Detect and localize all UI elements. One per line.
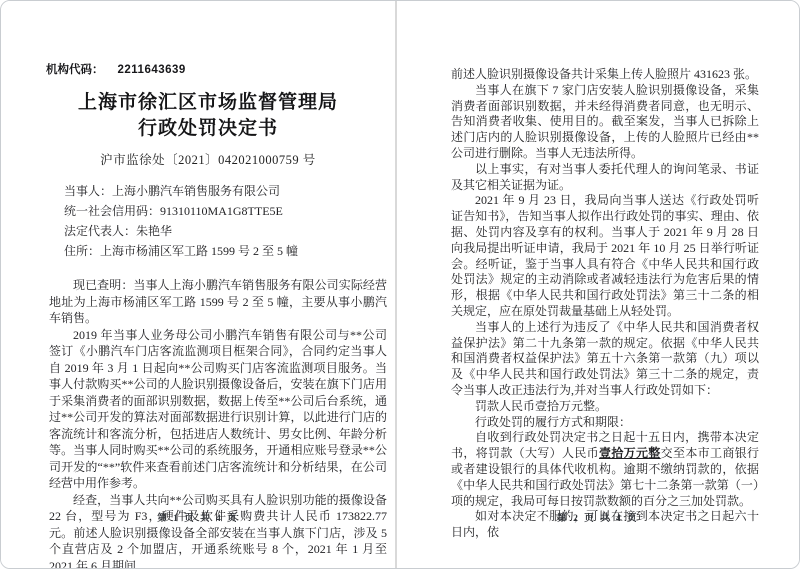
- paragraph-hearing: 2021 年 9 月 23 日，我局向当事人送达《行政处罚听证告知书》，告知当事…: [451, 193, 759, 319]
- page-1: 机构代码：2211643639 上海市徐汇区市场监督管理局 行政处罚决定书 沪市…: [1, 1, 395, 568]
- paragraph-payment-terms: 自收到行政处罚决定书之日起十五日内，携带本决定书，将罚款（大写）人民币壹拾万元整…: [451, 430, 759, 509]
- page1-body: 现已查明：当事人上海小鹏汽车销售服务有限公司实际经营地址为上海市杨浦区军工路 1…: [49, 277, 387, 569]
- agency-code-label: 机构代码：: [46, 64, 104, 76]
- agency-code-value: 2211643639: [118, 64, 186, 76]
- paragraph-fine-amount: 罚款人民币壹拾万元整。: [451, 399, 759, 415]
- document-number: 沪市监徐处〔2021〕042021000759 号: [31, 150, 385, 168]
- address-line: 住所：上海市杨浦区军工路 1599 号 2 至 5 幢: [64, 241, 387, 261]
- party-name-line: 当事人：上海小鹏汽车销售服务有限公司: [64, 181, 387, 201]
- fine-amount-capital: 壹拾万元整: [599, 446, 661, 460]
- document-title: 上海市徐汇区市场监督管理局 行政处罚决定书: [31, 90, 385, 142]
- party-info-block: 当事人：上海小鹏汽车销售服务有限公司 统一社会信用码：91310110MA1G8…: [49, 181, 387, 261]
- paragraph-legal-basis: 当事人的上述行为违反了《中华人民共和国消费者权益保护法》第二十九条第一款的规定。…: [451, 320, 759, 399]
- agency-code-line: 机构代码：2211643639: [46, 61, 395, 77]
- document-title-line2: 行政处罚决定书: [31, 116, 385, 142]
- paragraph-findings: 现已查明：当事人上海小鹏汽车销售服务有限公司实际经营地址为上海市杨浦区军工路 1…: [49, 277, 387, 327]
- paragraph-contract-background: 2019 年当事人业务母公司小鹏汽车销售有限公司与**公司签订《小鹏汽车门店客流…: [49, 327, 387, 492]
- legal-representative-line: 法定代表人：朱艳华: [64, 221, 387, 241]
- page2-body: 前述人脸识别摄像设备共计采集上传人脸照片 431623 张。 当事人在旗下 7 …: [451, 67, 759, 541]
- paragraph-continuation: 前述人脸识别摄像设备共计采集上传人脸照片 431623 张。: [451, 67, 759, 83]
- page1-footer: 第 1 页 共 4 页: [1, 510, 395, 524]
- paragraph-investigation: 经查，当事人共向**公司购买具有人脸识别功能的摄像设备 22 台，型号为 F3，…: [49, 492, 387, 569]
- paragraph-violation-facts: 当事人在旗下 7 家门店安装人脸识别摄像设备，采集消费者面部识别数据，并未经得消…: [451, 83, 759, 162]
- document-viewer: 机构代码：2211643639 上海市徐汇区市场监督管理局 行政处罚决定书 沪市…: [0, 0, 800, 569]
- page2-footer: 第 2 页 共 4 页: [397, 510, 799, 524]
- credit-code-line: 统一社会信用码：91310110MA1G8TTE5E: [64, 201, 387, 221]
- page-2: 前述人脸识别摄像设备共计采集上传人脸照片 431623 张。 当事人在旗下 7 …: [397, 1, 799, 568]
- paragraph-evidence: 以上事实，有对当事人委托代理人的询问笔录、书证及其它相关证据为证。: [451, 162, 759, 194]
- paragraph-execution-heading: 行政处罚的履行方式和期限：: [451, 415, 759, 431]
- document-title-line1: 上海市徐汇区市场监督管理局: [31, 90, 385, 116]
